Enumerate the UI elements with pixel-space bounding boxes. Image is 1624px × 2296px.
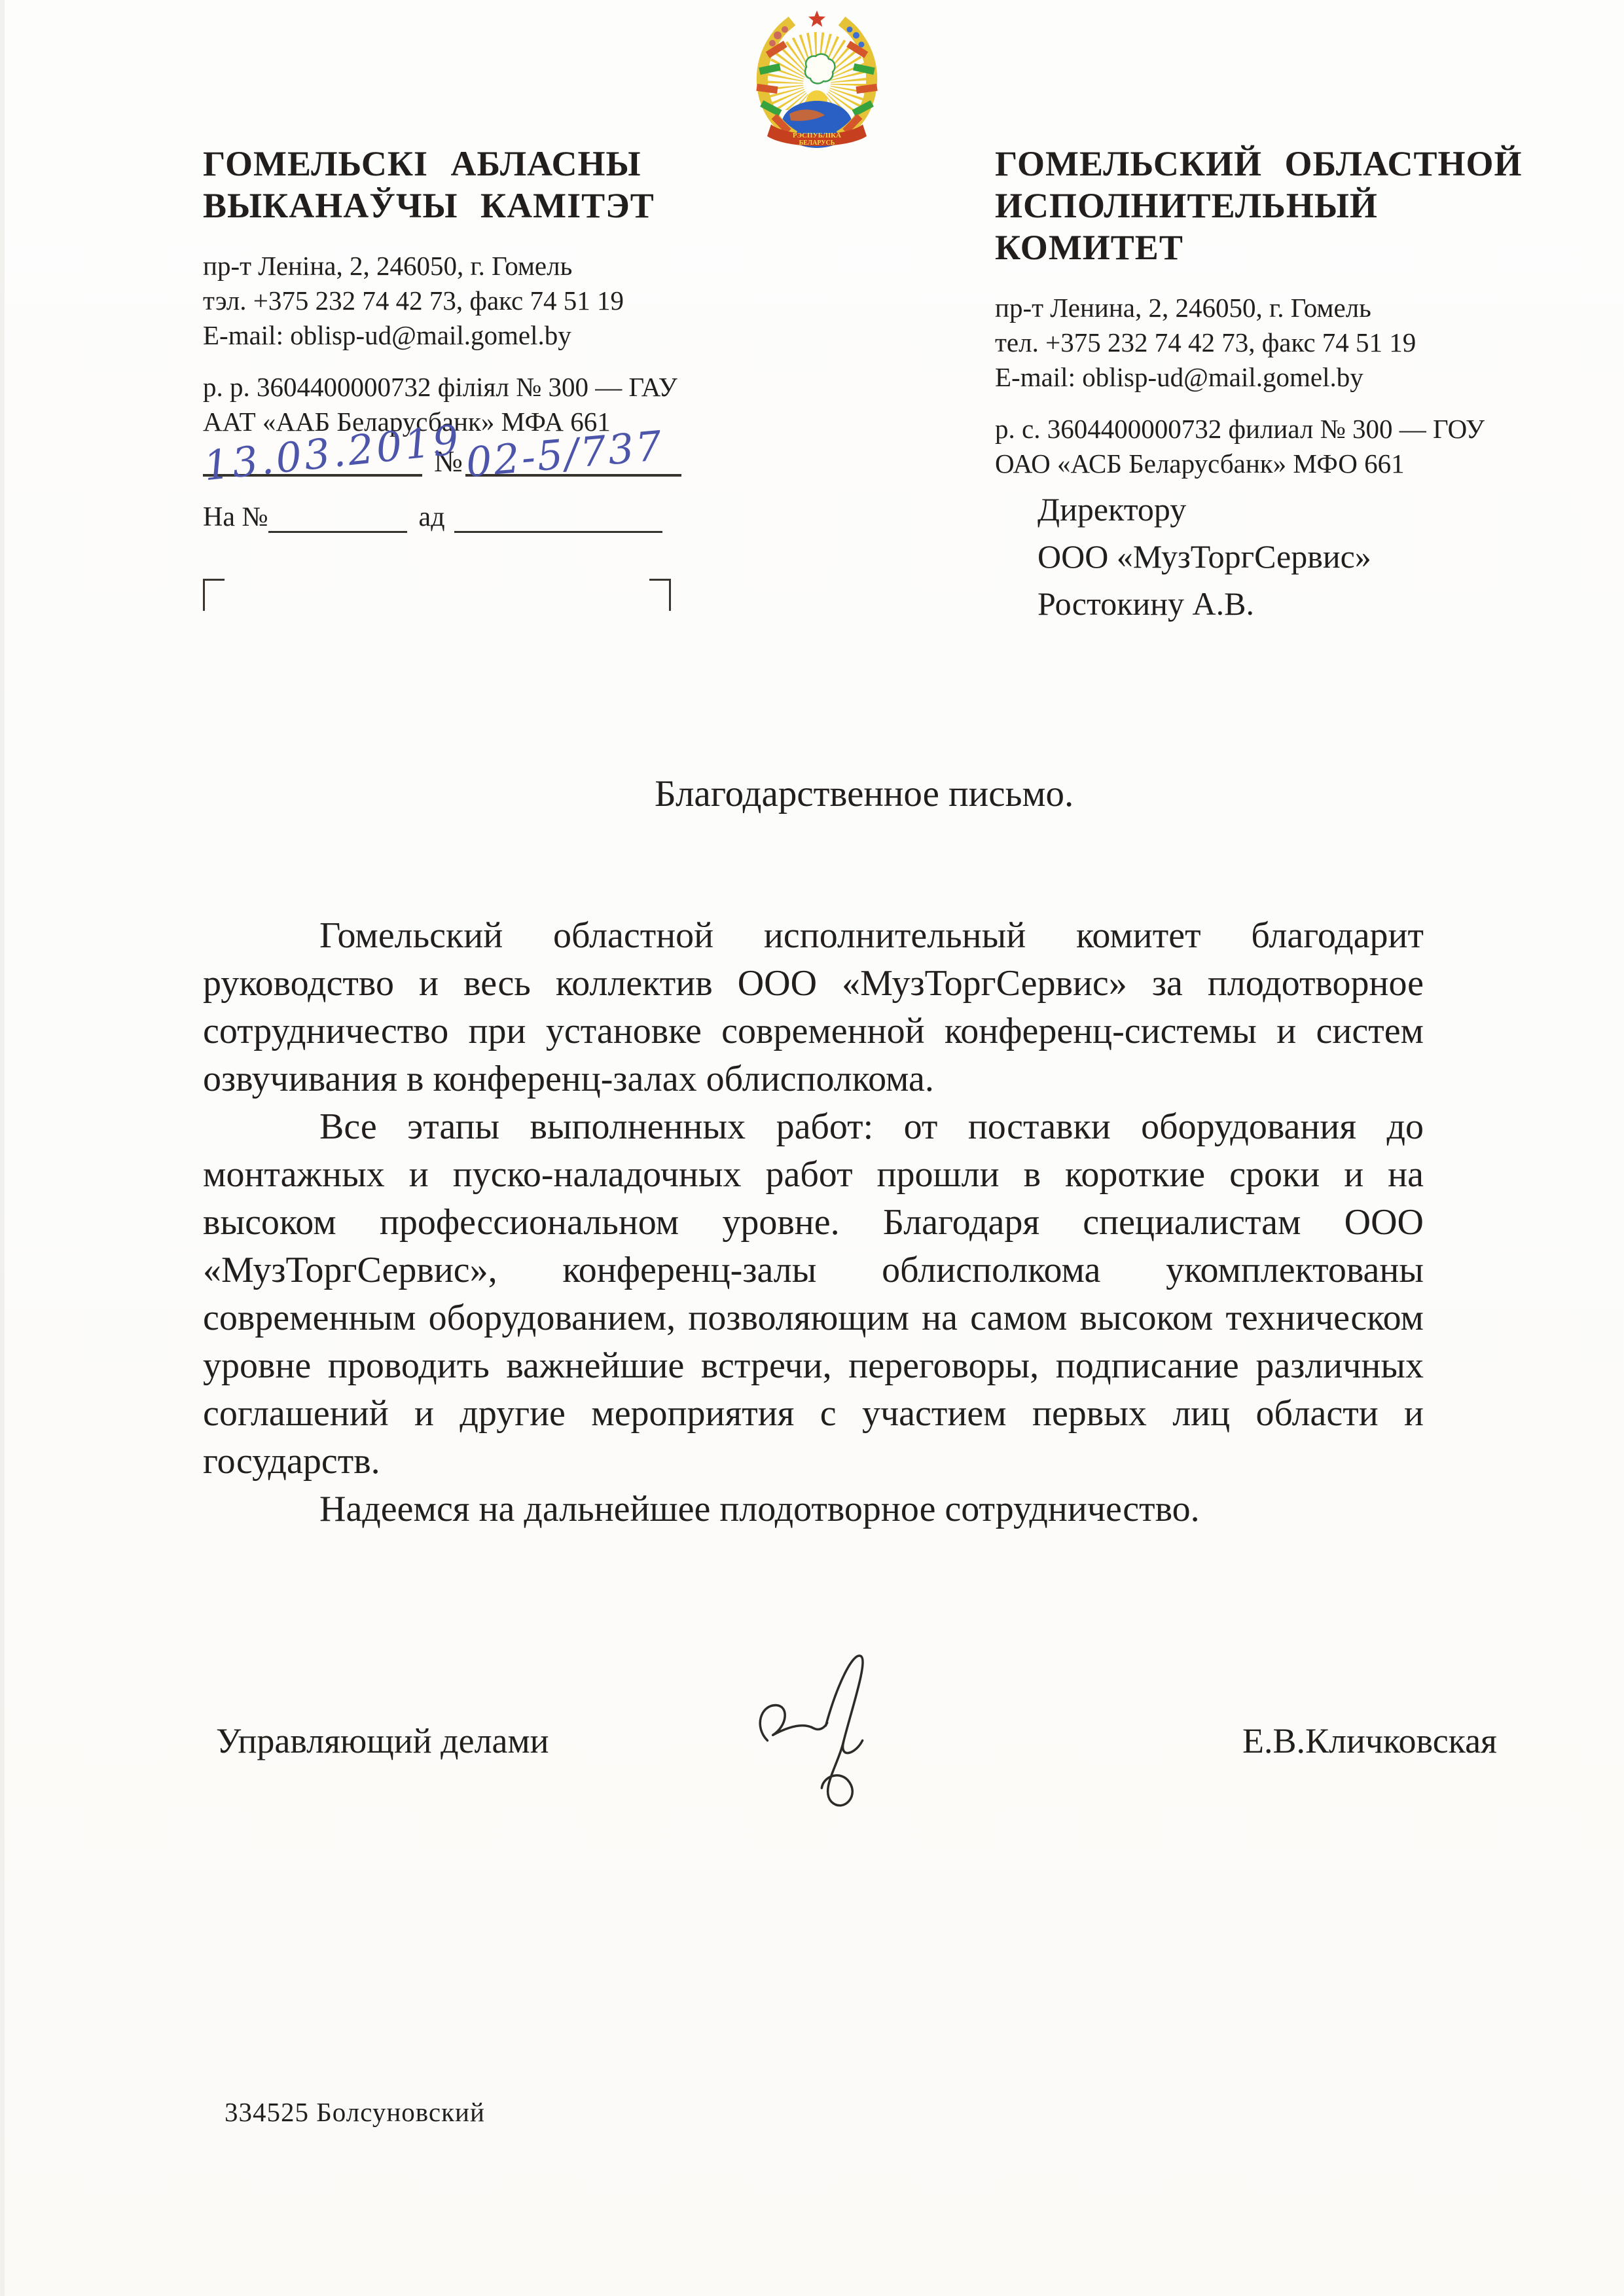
body-paragraph-2: Все этапы выполненных работ: от поставки…: [203, 1103, 1424, 1485]
date-underline: 13.03.2019: [203, 426, 422, 477]
red-star-icon: [808, 10, 825, 27]
signer-name: Е.В.Кличковская: [1242, 1721, 1497, 1761]
number-underline: 02-5/737: [465, 426, 681, 477]
email-by: E-mail: oblisp-ud@mail.gomel.by: [203, 318, 713, 353]
phone-by: тэл. +375 232 74 42 73, факс 74 51 19: [203, 283, 713, 318]
address-corner-mark-left: [203, 579, 225, 611]
clerk-note: 334525 Болсуновский: [225, 2096, 485, 2128]
org-name-ru-line1: ГОМЕЛЬСКИЙ ОБЛАСТНОЙ: [995, 143, 1558, 185]
org-name-by-line2: ВЫКАНАЎЧЫ КАМІТЭТ: [203, 185, 713, 227]
reply-reference-row: На № ад: [203, 498, 662, 533]
org-name-by-line1: ГОМЕЛЬСКІ АБЛАСНЫ: [203, 143, 713, 185]
letterhead-belarusian: ГОМЕЛЬСКІ АБЛАСНЫ ВЫКАНАЎЧЫ КАМІТЭТ пр-т…: [203, 143, 713, 439]
addressee-person: Ростокину А.В.: [1038, 580, 1371, 627]
address-by: пр-т Леніна, 2, 246050, г. Гомель: [203, 249, 713, 283]
reply-date-underline: [454, 502, 662, 533]
addressee-position: Директору: [1038, 486, 1371, 533]
email-ru: E-mail: oblisp-ud@mail.gomel.by: [995, 360, 1558, 395]
addressee-company: ООО «МузТоргСервис»: [1038, 533, 1371, 580]
bank-account-by: р. р. 3604400000732 філіял № 300 — ГАУ: [203, 370, 713, 405]
phone-ru: тел. +375 232 74 42 73, факс 74 51 19: [995, 325, 1558, 360]
org-name-ru-line2: ИСПОЛНИТЕЛЬНЫЙ КОМИТЕТ: [995, 185, 1558, 268]
letter-page: РЭСПУБЛІКА БЕЛАРУСЬ ГОМЕЛЬСКІ АБЛАСНЫ ВЫ…: [0, 0, 1624, 2296]
belarus-coat-of-arms-icon: РЭСПУБЛІКА БЕЛАРУСЬ: [751, 9, 882, 148]
body-paragraph-1: Гомельский областной исполнительный коми…: [203, 912, 1424, 1103]
body-paragraph-3: Надеемся на дальнейшее плодотворное сотр…: [203, 1485, 1424, 1533]
reply-number-underline: [268, 502, 407, 533]
ribbon-text-line2: БЕЛАРУСЬ: [799, 139, 835, 147]
map-outline: [805, 54, 835, 84]
signer-position: Управляющий делами: [216, 1721, 549, 1761]
ribbon-text-line1: РЭСПУБЛІКА: [793, 132, 841, 139]
address-ru: пр-т Ленина, 2, 246050, г. Гомель: [995, 291, 1558, 325]
handwritten-number: 02-5/737: [464, 422, 666, 486]
letter-title: Благодарственное письмо.: [655, 773, 1074, 815]
bank-account-ru: р. с. 3604400000732 филиал № 300 — ГОУ: [995, 412, 1558, 446]
outgoing-reference-row: 13.03.2019 № 02-5/737: [203, 410, 681, 477]
reply-na-label: На №: [203, 501, 268, 533]
handwritten-date: 13.03.2019: [202, 416, 463, 490]
reply-ad-label: ад: [419, 501, 445, 533]
scan-edge-artifact: [0, 0, 5, 2296]
handwritten-signature: [733, 1640, 897, 1823]
bank-name-ru: ОАО «АСБ Беларусбанк» МФО 661: [995, 446, 1558, 481]
address-corner-mark-right: [649, 579, 671, 611]
letter-body: Гомельский областной исполнительный коми…: [203, 912, 1424, 1533]
addressee-block: Директору ООО «МузТоргСервис» Ростокину …: [1038, 486, 1371, 627]
letterhead-russian: ГОМЕЛЬСКИЙ ОБЛАСТНОЙ ИСПОЛНИТЕЛЬНЫЙ КОМИ…: [995, 143, 1558, 481]
